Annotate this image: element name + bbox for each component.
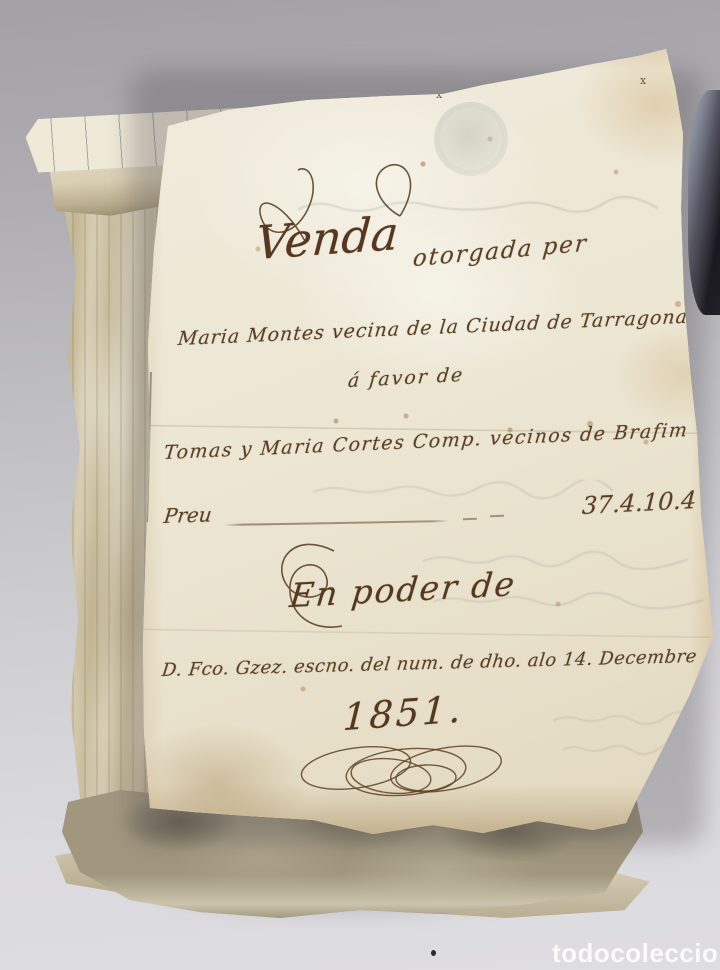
rubric-flourish	[286, 736, 526, 811]
manuscript-page: x x Venda otorgada per Maria Montes veci…	[138, 44, 720, 839]
grantor-line: Maria Montes vecina de la Ciudad de Tarr…	[177, 306, 689, 350]
price-dash-line	[224, 520, 449, 526]
notary-line: D. Fco. Gzez. escno. del num. de dho. al…	[161, 646, 698, 681]
showthrough-text-line	[313, 480, 613, 500]
price-label: Preu	[163, 502, 213, 528]
year-line: 1851.	[342, 687, 465, 739]
dust-speck	[431, 950, 436, 956]
pencil-x-mark-right: x	[640, 74, 646, 87]
watermark: todocoleccion	[552, 938, 720, 969]
favor-line: á favor de	[347, 364, 465, 392]
fold-crease-lower	[138, 628, 710, 639]
price-dash-short	[490, 515, 504, 517]
price-dash-short	[463, 518, 477, 520]
price-value: 37.4.10.4	[581, 486, 697, 520]
photo-of-manuscripts: x x Venda otorgada per Maria Montes veci…	[0, 0, 720, 970]
title-word: Venda	[254, 206, 400, 270]
